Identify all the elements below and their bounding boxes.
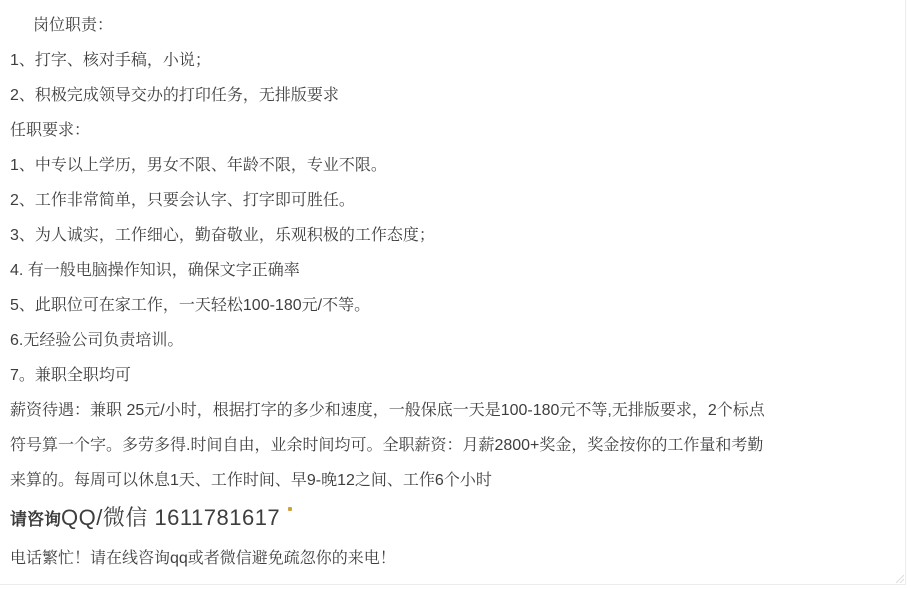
salary-paragraph-line-2: 符号算一个字。多劳多得.时间自由，业余时间均可。全职薪资：月薪2800+奖金，奖… [10, 428, 891, 463]
responsibility-item-1: 1、打字、核对手稿，小说； [10, 43, 891, 78]
requirement-item-2: 2、工作非常简单，只要会认字、打字即可胜任。 [10, 183, 891, 218]
contact-label: 请咨询 [10, 510, 61, 529]
salary-paragraph-line-1: 薪资待遇：兼职 25元/小时，根据打字的多少和速度，一般保底一天是100-180… [10, 393, 891, 428]
requirement-item-6: 6.无经验公司负责培训。 [10, 323, 891, 358]
salary-paragraph-line-3: 来算的。每周可以休息1天、工作时间、早9-晚12之间、工作6个小时 [10, 463, 891, 498]
resize-grip-handle[interactable] [892, 571, 904, 583]
sparkle-dot-icon [288, 507, 292, 511]
phone-busy-notice: 电话繁忙！请在线咨询qq或者微信避免疏忽你的来电！ [10, 541, 891, 576]
responsibility-item-2: 2、积极完成领导交办的打印任务，无排版要求 [10, 78, 891, 113]
contact-line: 请咨询QQ/微信 1611781617 [10, 498, 891, 541]
requirement-item-4: 4. 有一般电脑操作知识，确保文字正确率 [10, 253, 891, 288]
job-posting-content: 岗位职责： 1、打字、核对手稿，小说； 2、积极完成领导交办的打印任务，无排版要… [0, 0, 905, 576]
contact-qq-wechat-number: QQ/微信 1611781617 [61, 505, 280, 530]
requirement-item-1: 1、中专以上学历，男女不限、年龄不限，专业不限。 [10, 148, 891, 183]
requirements-heading: 任职要求： [10, 113, 891, 148]
requirement-item-5: 5、此职位可在家工作，一天轻松100-180元/不等。 [10, 288, 891, 323]
responsibilities-heading: 岗位职责： [10, 8, 891, 43]
job-posting-page: 岗位职责： 1、打字、核对手稿，小说； 2、积极完成领导交办的打印任务，无排版要… [0, 0, 906, 585]
requirement-item-7: 7。兼职全职均可 [10, 358, 891, 393]
requirement-item-3: 3、为人诚实，工作细心，勤奋敬业，乐观积极的工作态度； [10, 218, 891, 253]
